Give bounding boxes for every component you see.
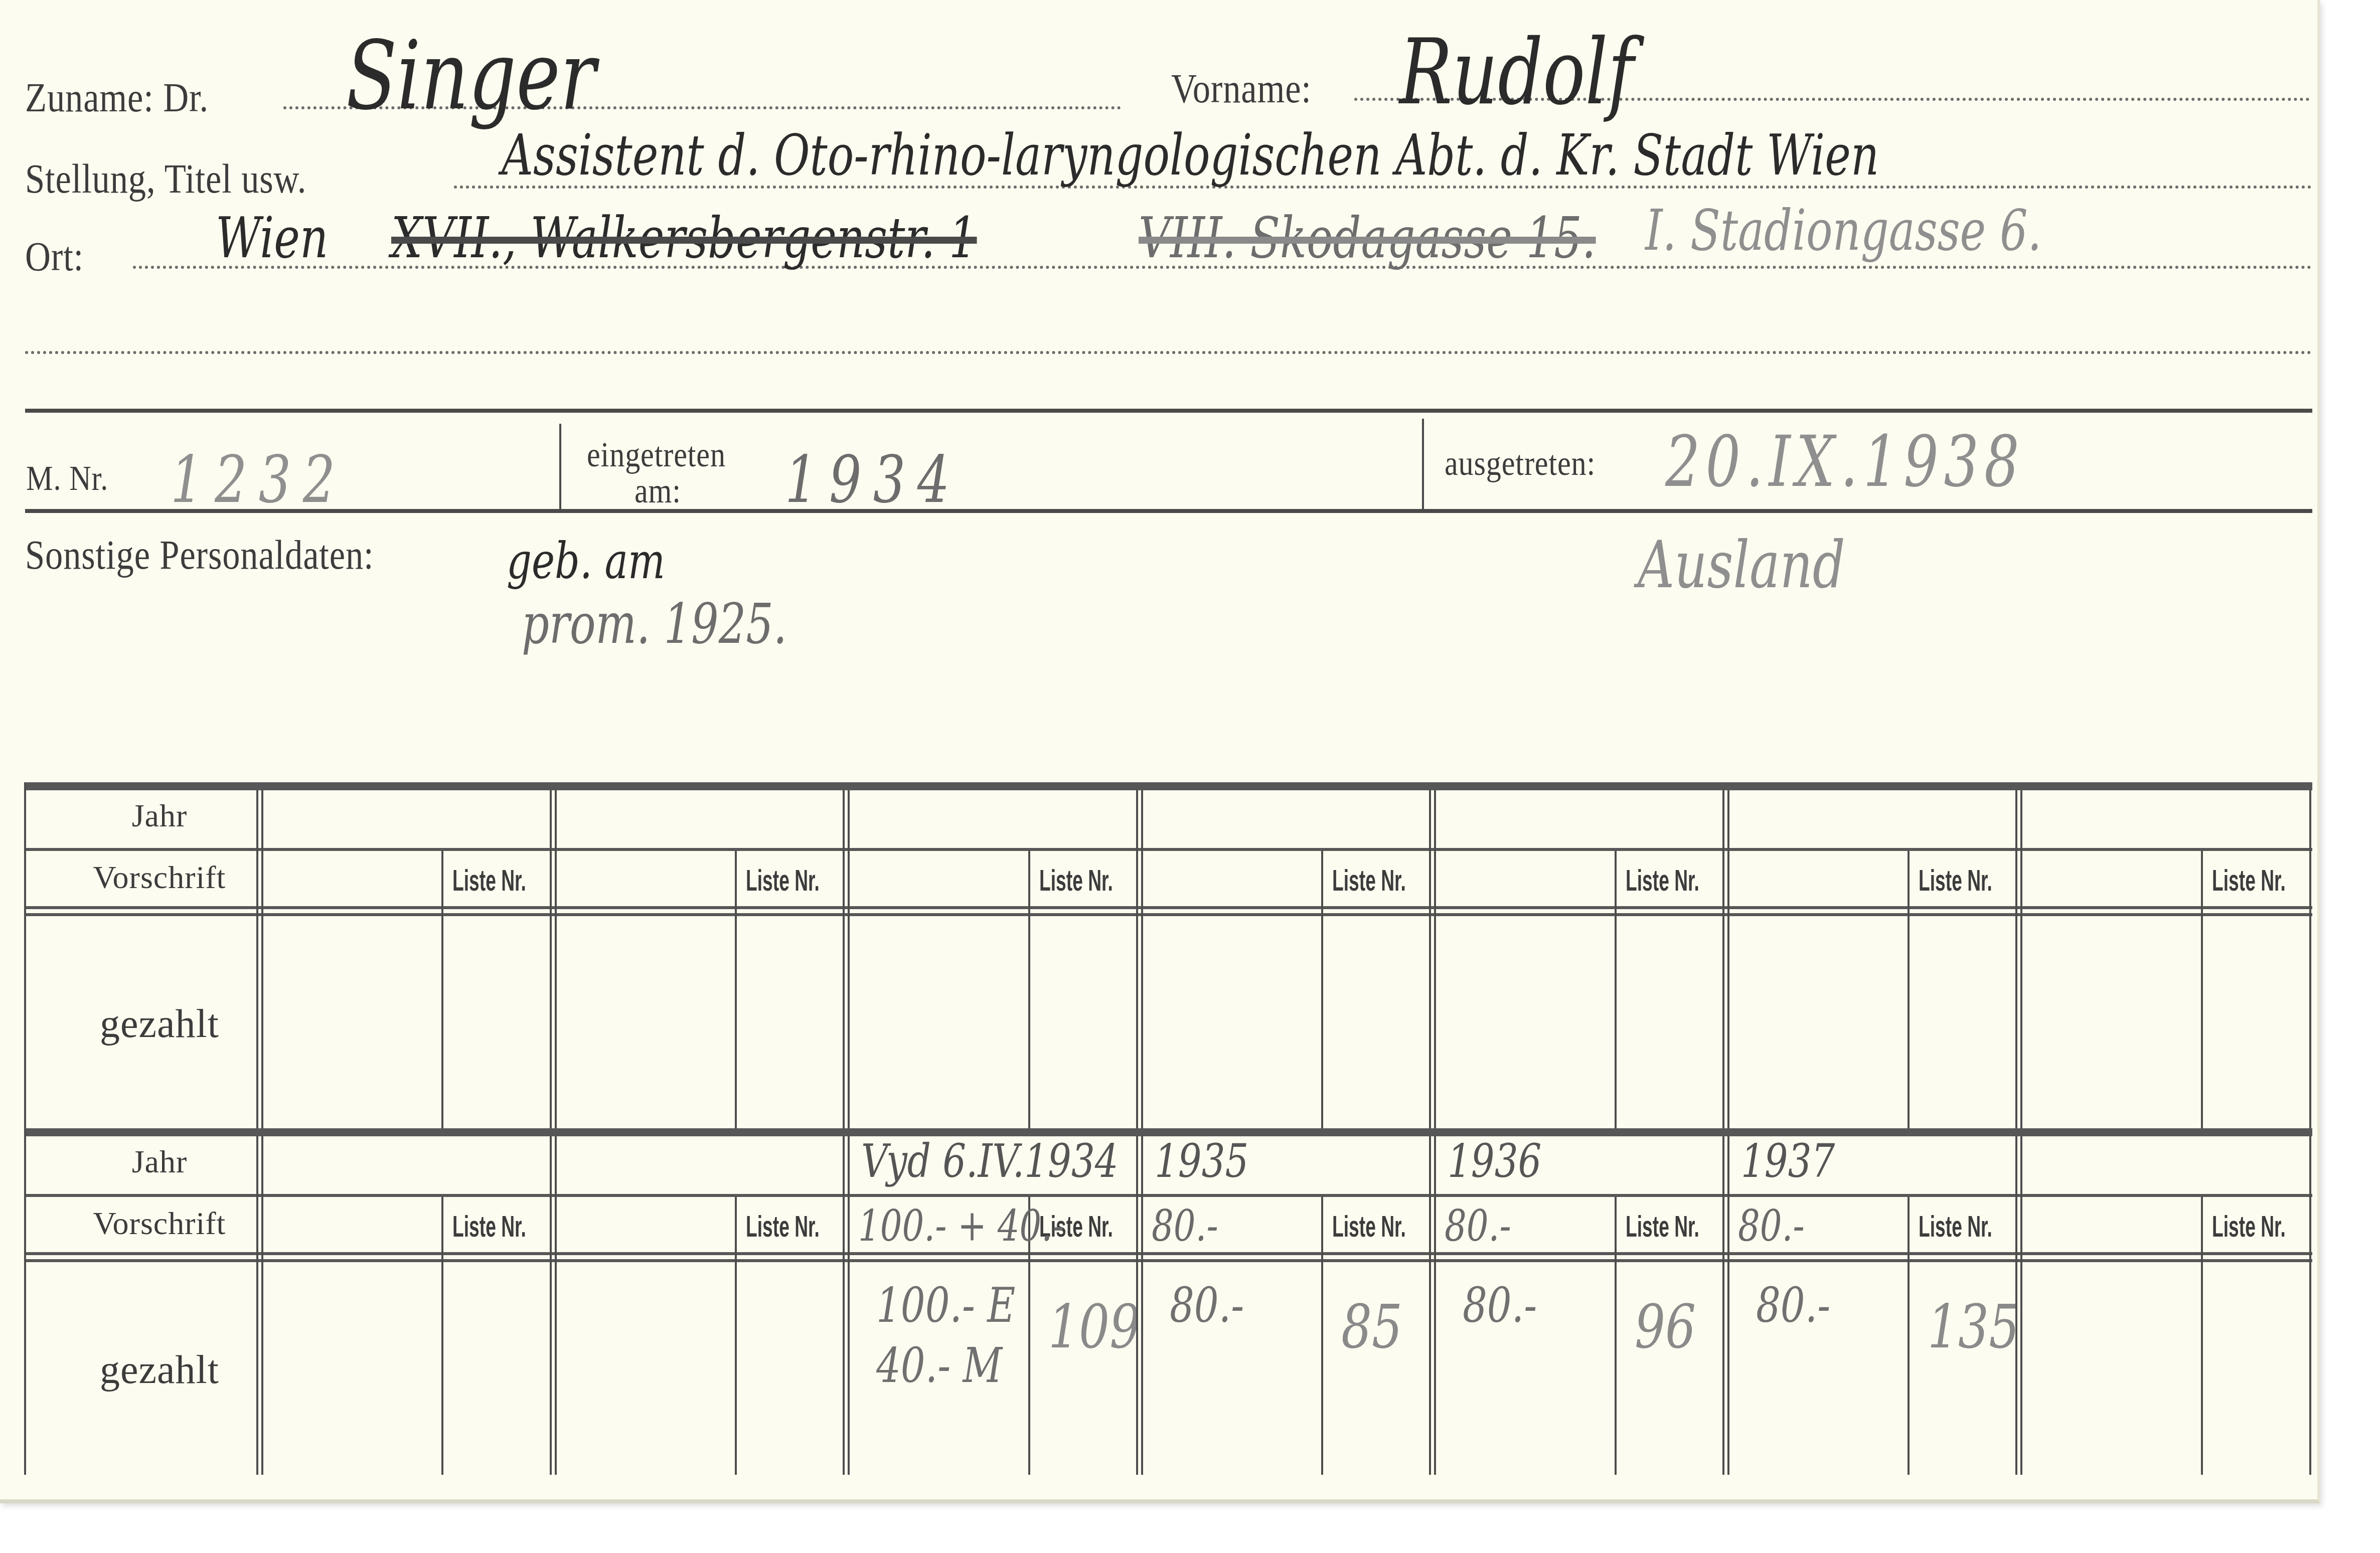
membership-index-card: Zuname: Dr. Singer Vorname: Rudolf Stell…	[0, 0, 2320, 1503]
column-group-divider	[843, 790, 850, 1129]
paid-list-cell: 135	[1928, 1292, 2019, 1362]
column-group-divider	[550, 1136, 557, 1475]
column-group-divider	[550, 790, 557, 1129]
list-column-divider	[735, 1197, 737, 1475]
left-label: ausgetreten:	[1445, 444, 1596, 484]
position-value: Assistent d. Oto-rhino-laryngologischen …	[502, 123, 1879, 188]
row-label-paid: gezahlt	[44, 1001, 275, 1047]
place-struck-address-2: VIII. Skodagasse 15.	[1139, 206, 1596, 271]
row-label-year: Jahr	[44, 797, 275, 834]
place-struck-address-1: XVII., Walkersbergenstr. 1	[391, 206, 977, 271]
list-column-divider	[441, 1197, 443, 1475]
list-number-header: Liste Nr.	[2212, 1209, 2286, 1244]
list-column-divider	[1321, 851, 1323, 1129]
joined-label-line1: eingetreten	[587, 435, 726, 475]
list-number-header: Liste Nr.	[1626, 863, 1699, 898]
firstname-value: Rudolf	[1399, 20, 1634, 125]
row-label-assessed: Vorschrift	[44, 859, 275, 896]
paid-cell-line1: 80.-	[1756, 1277, 1830, 1333]
list-number-header: Liste Nr.	[1039, 863, 1113, 898]
paid-cell-line1: 80.-	[1463, 1277, 1537, 1333]
lower_block-year-rule	[24, 1194, 2312, 1197]
row-label-year: Jahr	[44, 1143, 275, 1180]
upper_block-right-border	[2309, 790, 2311, 1129]
blank-dotted-line	[25, 351, 2312, 354]
list-number-header: Liste Nr.	[2212, 863, 2286, 898]
list-column-divider	[1615, 851, 1617, 1129]
divider-bottom	[25, 509, 2312, 513]
lower_block-assessed-rule-b	[24, 1259, 2312, 1262]
paid-cell-line1: 100.- E	[876, 1277, 1015, 1333]
other-data-line1: geb. am	[507, 532, 665, 590]
paid-cell-line1: 80.-	[1170, 1277, 1244, 1333]
column-group-divider	[1722, 790, 1729, 1129]
column-group-divider	[256, 1136, 263, 1475]
paid-cell-line2: 40.- M	[876, 1337, 1002, 1394]
upper_block-year-rule	[24, 848, 2312, 851]
column-group-divider	[2015, 790, 2022, 1129]
column-group-divider	[1136, 790, 1143, 1129]
list-column-divider	[1908, 851, 1910, 1129]
other-data-line2: prom. 1925.	[522, 592, 787, 656]
column-group-divider	[256, 790, 263, 1129]
list-column-divider	[2201, 851, 2203, 1129]
firstname-label: Vorname:	[1171, 65, 1312, 112]
position-label: Stellung, Titel usw.	[25, 155, 306, 203]
membership-divider-1	[559, 424, 561, 511]
row-label-assessed: Vorschrift	[44, 1205, 275, 1242]
assessed-cell: 80.-	[1445, 1201, 1511, 1251]
member-number-label: M. Nr.	[26, 459, 108, 499]
joined-value: 1934	[785, 441, 962, 517]
year-cell: Vyd 6.IV.1934	[861, 1134, 1119, 1188]
list-column-divider	[1908, 1197, 1910, 1475]
column-group-divider	[1136, 1136, 1143, 1475]
list-column-divider	[735, 851, 737, 1129]
column-group-divider	[843, 1136, 850, 1475]
dues-table: JahrVorschriftgezahltListe Nr.Liste Nr.L…	[24, 782, 2312, 1474]
list-column-divider	[441, 851, 443, 1129]
place-label: Ort:	[25, 233, 84, 280]
other-data-label: Sonstige Personaldaten:	[25, 532, 374, 579]
member-number-value: 1232	[171, 441, 347, 517]
lower_block-assessed-rule-a	[24, 1252, 2312, 1255]
row-label-paid: gezahlt	[44, 1347, 275, 1393]
membership-divider-2	[1422, 419, 1424, 509]
lower_block-right-border	[2309, 1136, 2311, 1475]
paid-list-cell: 85	[1341, 1292, 1402, 1362]
assessed-cell: 80.-	[1152, 1201, 1218, 1251]
list-column-divider	[1321, 1197, 1323, 1475]
list-number-header: Liste Nr.	[452, 863, 526, 898]
left-note: Ausland	[1638, 527, 1845, 603]
list-number-header: Liste Nr.	[1332, 863, 1406, 898]
column-group-divider	[1429, 790, 1436, 1129]
surname-label: Zuname: Dr.	[25, 74, 209, 121]
list-number-header: Liste Nr.	[1919, 1209, 1992, 1244]
upper_block-assessed-rule-b	[24, 913, 2312, 916]
joined-label-line2: am:	[634, 471, 681, 511]
list-number-header: Liste Nr.	[746, 863, 820, 898]
upper_block-left-border	[24, 782, 26, 1129]
column-group-divider	[2015, 1136, 2022, 1475]
year-cell: 1937	[1741, 1134, 1835, 1188]
list-number-header: Liste Nr.	[1626, 1209, 1699, 1244]
place-current-address: I. Stadiongasse 6.	[1645, 198, 2041, 263]
upper_block-top-rule	[24, 782, 2312, 790]
left-value: 20.IX.1938	[1665, 421, 2024, 503]
paid-list-cell: 109	[1048, 1292, 1140, 1362]
year-cell: 1935	[1155, 1134, 1248, 1188]
assessed-cell: 80.-	[1738, 1201, 1805, 1251]
year-cell: 1936	[1448, 1134, 1541, 1188]
lower_block-left-border	[24, 1128, 26, 1475]
list-number-header: Liste Nr.	[746, 1209, 820, 1244]
list-number-header: Liste Nr.	[1332, 1209, 1406, 1244]
surname-value: Singer	[346, 20, 596, 131]
paid-list-cell: 96	[1635, 1292, 1696, 1362]
list-column-divider	[1028, 851, 1030, 1129]
list-column-divider	[1615, 1197, 1617, 1475]
list-number-header: Liste Nr.	[1919, 863, 1992, 898]
upper_block-assessed-rule-a	[24, 906, 2312, 909]
list-column-divider	[2201, 1197, 2203, 1475]
divider-top	[25, 409, 2312, 413]
assessed-cell: 100.- + 40.-	[858, 1201, 1064, 1251]
place-city: Wien	[216, 206, 328, 271]
column-group-divider	[1429, 1136, 1436, 1475]
list-number-header: Liste Nr.	[452, 1209, 526, 1244]
column-group-divider	[1722, 1136, 1729, 1475]
